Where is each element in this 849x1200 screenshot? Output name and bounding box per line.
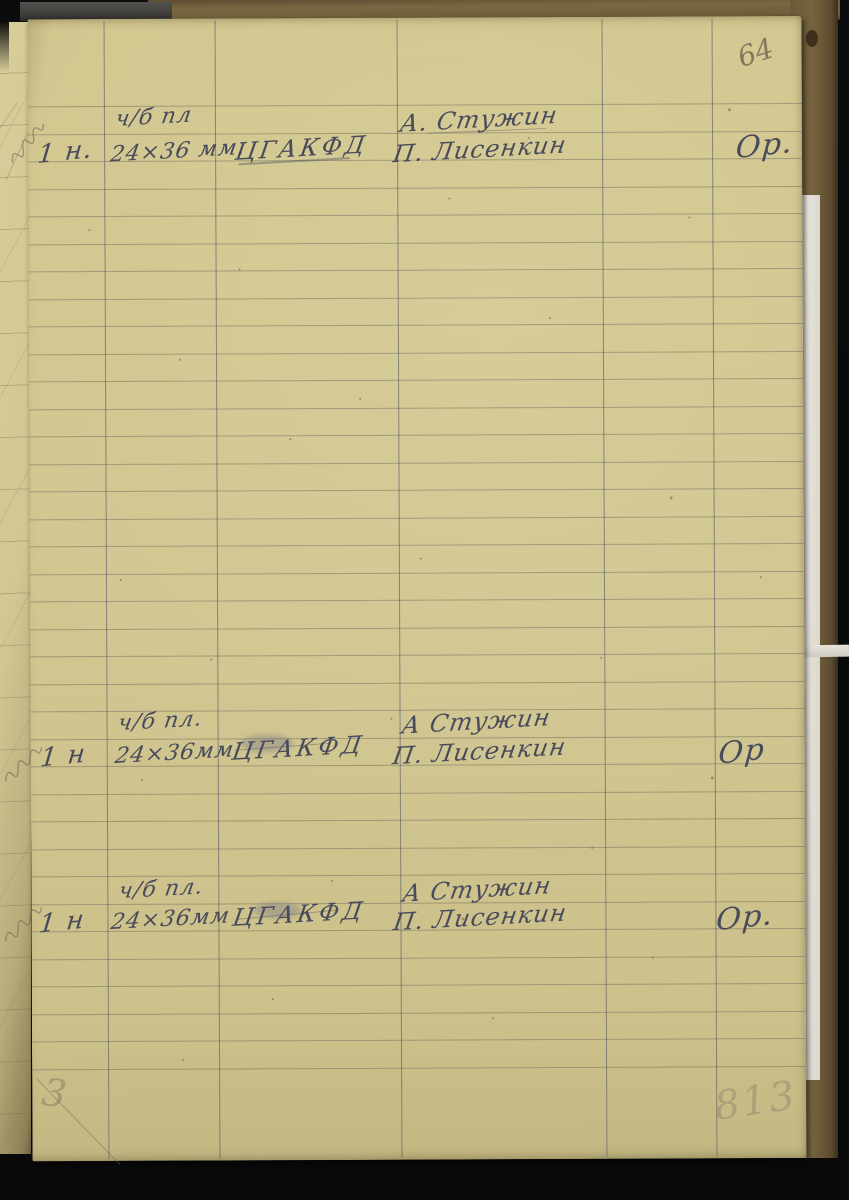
row-line bbox=[29, 460, 803, 464]
paper-speck bbox=[549, 317, 551, 319]
row-line bbox=[28, 185, 802, 189]
margin-scribble-2 bbox=[0, 726, 48, 796]
paper-speck bbox=[591, 847, 593, 849]
column-line bbox=[602, 19, 608, 1157]
paper-speck bbox=[239, 268, 241, 270]
entry1-film-type: ч/б пл bbox=[114, 103, 194, 132]
paper-speck bbox=[331, 880, 333, 882]
entry3-archive-code: ЦГАКФД bbox=[231, 896, 368, 931]
row-line bbox=[31, 790, 805, 794]
pencil-page-number-bottom: 813 bbox=[711, 1073, 799, 1130]
column-line bbox=[215, 21, 221, 1159]
row-line bbox=[30, 543, 804, 547]
row-line bbox=[29, 405, 803, 409]
entry1-film-size: 24×36 мм. bbox=[109, 135, 248, 168]
row-line bbox=[28, 240, 802, 244]
row-line bbox=[29, 350, 803, 354]
row-line bbox=[32, 955, 806, 959]
row-line bbox=[30, 515, 804, 519]
paper-speck bbox=[448, 198, 450, 200]
entry1-mark: Ор. bbox=[735, 125, 794, 166]
paper-speck bbox=[141, 779, 143, 781]
paper-speck bbox=[359, 398, 361, 400]
row-line bbox=[32, 1038, 806, 1042]
row-line bbox=[30, 625, 804, 629]
left-edge-shadow bbox=[0, 22, 9, 72]
paper-speck bbox=[210, 659, 212, 661]
photographed-ledger-scene: 1 н. ч/б пл 24×36 мм. ЦГАКФД А. Стужин П… bbox=[0, 0, 849, 1200]
paper-speck bbox=[670, 497, 673, 500]
row-line bbox=[30, 598, 804, 602]
paper-speck bbox=[272, 998, 274, 1000]
entry2-mark: Ор bbox=[717, 732, 766, 772]
row-line bbox=[30, 570, 804, 574]
pencil-page-number-top: 64 bbox=[733, 31, 777, 74]
row-line bbox=[28, 213, 802, 217]
board-knot-hole bbox=[806, 30, 818, 47]
entry2-film-type: ч/б пл. bbox=[116, 706, 204, 736]
paper-speck bbox=[652, 957, 654, 959]
row-line bbox=[32, 1010, 806, 1014]
paper-speck bbox=[391, 718, 393, 720]
paper-speck bbox=[420, 558, 422, 560]
row-line bbox=[30, 680, 804, 684]
paper-speck bbox=[688, 216, 690, 218]
paper-speck bbox=[760, 576, 762, 578]
paper-speck bbox=[492, 1017, 494, 1019]
entry3-film-type: ч/б пл. bbox=[117, 874, 205, 904]
paper-speck bbox=[182, 1059, 184, 1061]
white-paper-tab bbox=[800, 645, 849, 658]
row-line bbox=[29, 268, 803, 272]
paper-speck bbox=[461, 917, 464, 920]
paper-speck bbox=[179, 359, 181, 361]
margin-scribble-3 bbox=[0, 886, 48, 956]
under-pages-edge-strip bbox=[0, 22, 31, 1154]
row-line bbox=[31, 818, 805, 822]
paper-speck bbox=[88, 229, 90, 231]
pencil-bottom-left-mark: 3 bbox=[39, 1070, 69, 1117]
paper-speck bbox=[528, 137, 530, 139]
row-line bbox=[29, 378, 803, 382]
paper-speck bbox=[289, 438, 291, 440]
entry3-mark: Ор. bbox=[715, 897, 774, 938]
paper-speck bbox=[728, 108, 731, 111]
row-line bbox=[32, 983, 806, 987]
ledger-page: 1 н. ч/б пл 24×36 мм. ЦГАКФД А. Стужин П… bbox=[28, 16, 807, 1161]
paper-speck bbox=[600, 657, 602, 659]
column-line bbox=[397, 20, 403, 1158]
column-line bbox=[712, 18, 718, 1156]
paper-speck bbox=[711, 776, 714, 779]
row-line bbox=[31, 845, 805, 849]
column-line bbox=[104, 21, 110, 1159]
row-line bbox=[30, 653, 804, 657]
row-line bbox=[29, 323, 803, 327]
row-line bbox=[29, 295, 803, 299]
row-line bbox=[30, 488, 804, 492]
margin-scribble-1 bbox=[0, 92, 50, 182]
row-line bbox=[29, 433, 803, 437]
row-line bbox=[32, 1065, 806, 1069]
paper-speck bbox=[120, 579, 122, 581]
